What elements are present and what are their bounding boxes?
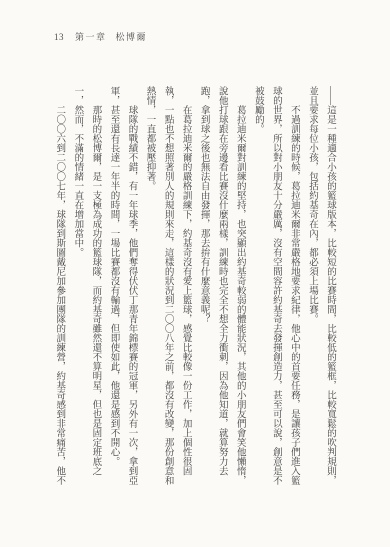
paragraph-1: ——這是一種適合小孩的籃球版本，比較短的比賽時間，比較低的籃框，比較寬鬆的吹判規…	[303, 86, 339, 488]
paragraph-7: 二〇〇六到二〇〇七年，球隊到斯圖戴尼加參加團隊的訓練營，約基奇感到非常痛苦，他不	[50, 86, 68, 488]
paragraph-3: 葛拉迪米爾對訓練的堅持，也突顯出約基奇較弱的體能狀況，其他的小朋友們會笑他懶惰，…	[195, 86, 249, 488]
paragraph-5: 球隊的戰績不錯，有一年球季，他們奪得伏伏丁那青年錦標賽的冠軍，另外有一次，拿到亞…	[104, 86, 140, 488]
paragraph-2: 不過訓練的時候，葛拉迪米爾非常嚴格地要求紀律，他心中的首要任務，是讓孩子們進入籃…	[249, 86, 303, 488]
page-number: 13	[54, 32, 64, 42]
paragraph-6: 那時的松博爾，是一支極為成功的籃球隊，而約基奇雖然還不算明星，但也是固定班底之一…	[68, 86, 104, 488]
chapter-title: 松博爾	[116, 32, 148, 42]
vertical-text-block: ——這是一種適合小孩的籃球版本，比較短的比賽時間，比較低的籃框，比較寬鬆的吹判規…	[50, 86, 339, 488]
chapter-label: 第一章	[75, 32, 107, 42]
book-page: 13第一章松博爾 ——這是一種適合小孩的籃球版本，比較短的比賽時間，比較低的籃框…	[0, 0, 390, 547]
paragraph-4: 在葛拉迪米爾的嚴格訓練下，約基奇沒有愛上籃球，感覺比較像一份工作，加上個性很固執…	[140, 86, 194, 488]
running-head: 13第一章松博爾	[54, 30, 147, 43]
